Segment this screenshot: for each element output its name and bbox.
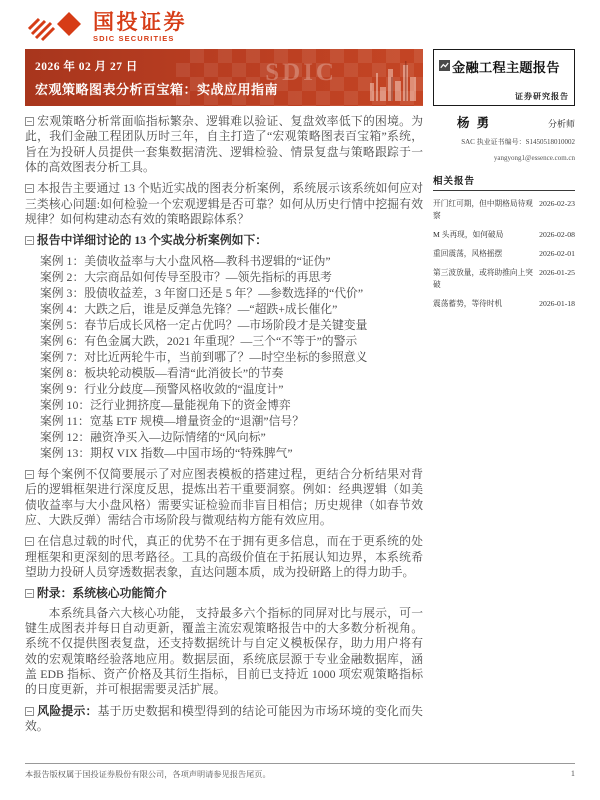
brand-header: 国投证券 SDIC SECURITIES: [28, 8, 575, 46]
related-reports: 相关报告 开门红可期，但中期格局待观察 2026-02-23 M 头再现，如何破…: [433, 173, 575, 310]
appendix-paragraph: 本系统具备六大核心功能， 支持最多六个指标的同屏对比与展示，可一键生成图表并每日…: [25, 606, 423, 698]
summary-paragraph: 在信息过载的时代，真正的优势不在于拥有更多信息，而在于更系统的处理框架和更深刻的…: [25, 534, 423, 580]
case-item: 案例 7：对比近两轮牛市，当前到哪了？—时空坐标的参照意义: [40, 349, 423, 365]
case-item: 案例 1：美债收益率与大小盘风格—教科书逻辑的“证伪”: [40, 253, 423, 269]
sdic-logo-icon: [28, 8, 86, 47]
related-report-title: 开门红可期，但中期格局待观察: [433, 198, 534, 222]
case-item: 案例 11：宽基 ETF 规模—增量资金的“退潮”信号？: [40, 413, 423, 429]
related-report-date: 2026-01-18: [539, 298, 575, 310]
related-report-item: 开门红可期，但中期格局待观察 2026-02-23: [433, 198, 575, 222]
related-report-date: 2026-02-01: [539, 248, 575, 260]
list-bullet-icon: [25, 184, 34, 193]
heading-text: 附录：系统核心功能简介: [37, 586, 167, 600]
report-type-box: 金融工程主题报告 证券研究报告: [433, 49, 575, 106]
list-bullet-icon: [25, 236, 34, 245]
summary-paragraph: 本报告主要通过 13 个贴近实战的图表分析案例，系统展示该系统如何应对三类核心问…: [25, 181, 423, 227]
related-report-item: 震荡蓄势，等待时机 2026-01-18: [433, 298, 575, 310]
analyst-email-link[interactable]: yangyong1@essence.com.cn: [433, 154, 575, 162]
brand-name-cn: 国投证券: [93, 12, 187, 33]
risk-label: 风险提示：: [37, 704, 98, 718]
analyst-row: 杨 勇 分析师: [433, 113, 575, 131]
risk-paragraph: 风险提示：基于历史数据和模型得到的结论可能因为市场环境的变化而失效。: [25, 704, 423, 735]
report-body: 宏观策略分析常面临指标繁杂、逻辑难以验证、复盘效率低下的困境。为此，我们金融工程…: [25, 114, 423, 734]
list-bullet-icon: [25, 470, 34, 479]
summary-paragraph: 每个案例不仅简要展示了对应图表模板的搭建过程，更结合分析结果对背后的逻辑框架进行…: [25, 467, 423, 528]
related-report-item: 第三波放量，或将助推向上突破 2026-01-25: [433, 267, 575, 291]
case-item: 案例 3：股债收益差，3 年窗口还是 5 年？—参数选择的“代价”: [40, 285, 423, 301]
case-item: 案例 6：有色金属大跌，2021 年重现？—三个“不等于”的警示: [40, 333, 423, 349]
appendix-heading: 附录：系统核心功能简介: [25, 586, 423, 601]
related-report-date: 2026-02-08: [539, 229, 575, 241]
cases-heading: 报告中详细讨论的 13 个实战分析案例如下：: [25, 233, 423, 248]
related-report-item: M 头再现，如何破局 2026-02-08: [433, 229, 575, 241]
report-sidebar: 金融工程主题报告 证券研究报告 杨 勇 分析师 SAC 执业证书编号：S1450…: [433, 49, 575, 740]
case-item: 案例 5：春节后成长风格一定占优吗？—市场阶段才是关键变量: [40, 317, 423, 333]
related-report-title: 重回震荡，风格摇摆: [433, 248, 534, 260]
report-title-banner: SDIC: [25, 49, 423, 106]
page-footer: 本报告版权属于国投证券股份有限公司，各项声明请参见报告尾页。 1: [25, 763, 575, 780]
related-report-date: 2026-02-23: [539, 198, 575, 222]
paragraph-text: 宏观策略分析常面临指标繁杂、逻辑难以验证、复盘效率低下的困境。为此，我们金融工程…: [25, 114, 423, 174]
list-bullet-icon: [25, 537, 34, 546]
chart-icon: [439, 59, 450, 75]
page-number: 1: [571, 769, 575, 780]
case-item: 案例 9：行业分歧度—预警风格收敛的“温度计”: [40, 381, 423, 397]
report-date: 2026 年 02 月 27 日: [35, 58, 413, 74]
list-bullet-icon: [25, 117, 34, 126]
case-item: 案例 12：融资净买入—边际情绪的“风向标”: [40, 429, 423, 445]
report-page: 国投证券 SDIC SECURITIES SDIC: [0, 0, 600, 800]
analyst-sac-number: SAC 执业证书编号：S1450518010002: [433, 137, 575, 147]
list-bullet-icon: [25, 707, 34, 716]
copyright-disclaimer: 本报告版权属于国投证券股份有限公司，各项声明请参见报告尾页。: [25, 769, 271, 780]
paragraph-text: 在信息过载的时代，真正的优势不在于拥有更多信息，而在于更系统的处理框架和更深刻的…: [25, 534, 423, 579]
related-reports-title: 相关报告: [433, 173, 575, 191]
case-item: 案例 8：板块轮动模版—看清“此消彼长”的节奏: [40, 365, 423, 381]
related-report-date: 2026-01-25: [539, 267, 575, 291]
list-bullet-icon: [25, 589, 34, 598]
related-report-title: 第三波放量，或将助推向上突破: [433, 267, 534, 291]
related-report-title: M 头再现，如何破局: [433, 229, 534, 241]
case-item: 案例 13：期权 VIX 指数—中国市场的“特殊脾气”: [40, 445, 423, 461]
analyst-name: 杨 勇: [457, 113, 491, 131]
heading-text: 报告中详细讨论的 13 个实战分析案例如下：: [37, 233, 267, 247]
case-item: 案例 10：泛行业拥挤度—量能视角下的资金博弈: [40, 397, 423, 413]
case-list: 案例 1：美债收益率与大小盘风格—教科书逻辑的“证伪” 案例 2：大宗商品如何传…: [25, 253, 423, 461]
paragraph-text: 本报告主要通过 13 个贴近实战的图表分析案例，系统展示该系统如何应对三类核心问…: [25, 181, 423, 226]
summary-paragraph: 宏观策略分析常面临指标繁杂、逻辑难以验证、复盘效率低下的困境。为此，我们金融工程…: [25, 114, 423, 175]
report-type-label: 金融工程主题报告: [452, 57, 560, 76]
brand-name-en: SDIC SECURITIES: [93, 35, 187, 43]
case-item: 案例 2：大宗商品如何传导至股市？—领先指标的再思考: [40, 269, 423, 285]
case-item: 案例 4：大跌之后，谁是反弹急先锋？—“超跌+成长催化”: [40, 301, 423, 317]
paragraph-text: 每个案例不仅简要展示了对应图表模板的搭建过程，更结合分析结果对背后的逻辑框架进行…: [25, 467, 423, 527]
analyst-role: 分析师: [548, 117, 575, 130]
report-title: 宏观策略图表分析百宝箱：实战应用指南: [35, 79, 413, 98]
report-category-label: 证券研究报告: [439, 91, 569, 102]
related-report-item: 重回震荡，风格摇摆 2026-02-01: [433, 248, 575, 260]
related-report-title: 震荡蓄势，等待时机: [433, 298, 534, 310]
